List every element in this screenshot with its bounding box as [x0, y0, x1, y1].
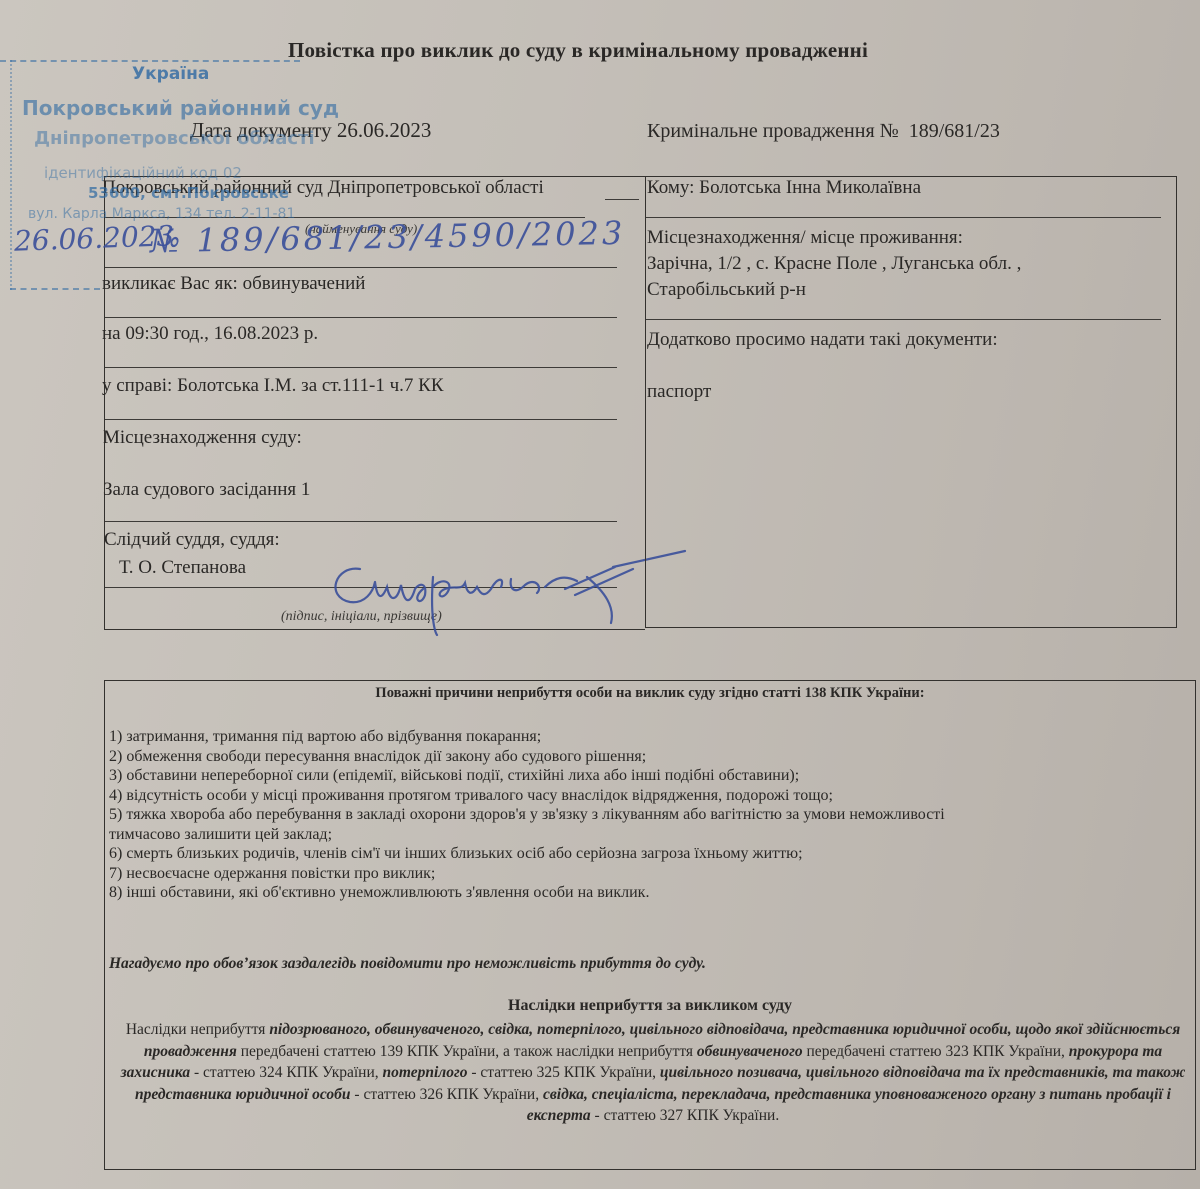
judge-signature — [315, 547, 695, 637]
text-run: - статтею 326 КПК України, — [351, 1086, 543, 1103]
case-subject: у справі: Болотська І.М. за ст.111-1 ч.7… — [102, 375, 444, 397]
divider — [646, 319, 1161, 320]
reason-item: 8) інші обставини, які об'єктивно унемож… — [109, 883, 945, 903]
divider — [646, 217, 1161, 218]
reminder-note: Нагадуємо про обов’язок заздалегідь пові… — [109, 955, 706, 973]
stamp-id-code: ідентифікаційний код 02 — [44, 164, 242, 182]
reasons-list: 1) затримання, тримання під вартою або в… — [109, 727, 945, 903]
divider — [105, 317, 617, 318]
reason-item: 7) несвоєчасне одержання повістки про ви… — [109, 864, 945, 884]
divider — [105, 419, 617, 420]
court-location-value: Зала судового засідання 1 — [103, 479, 310, 501]
document-date-value: 26.06.2023 — [337, 118, 432, 142]
judge-label: Слідчий суддя, суддя: — [104, 529, 280, 551]
court-location-label: Місцезнаходження суду: — [103, 427, 302, 449]
address-label: Місцезнаходження/ місце проживання: — [647, 227, 963, 249]
stamp-border — [10, 60, 12, 290]
reason-item: 4) відсутність особи у місці проживання … — [109, 786, 945, 806]
stamp-border — [0, 60, 300, 62]
judge-name: Т. О. Степанова — [119, 557, 246, 579]
reason-item: тимчасово залишити цей заклад; — [109, 825, 945, 845]
reason-item: 6) смерть близьких родичів, членів сім'ї… — [109, 844, 945, 864]
legal-notice-box: Поважні причини неприбуття особи на викл… — [104, 680, 1196, 1170]
divider — [105, 521, 617, 522]
text-run: - статтею 327 КПК України. — [591, 1107, 780, 1124]
text-run: - статтею 325 КПК України, — [467, 1064, 659, 1081]
emphasized-text: обвинуваченого — [697, 1043, 803, 1060]
consequences-title: Наслідки неприбуття за викликом суду — [105, 997, 1195, 1015]
divider — [605, 199, 639, 200]
documents-label: Додатково просимо надати такі документи: — [647, 329, 998, 351]
consequences-text: Наслідки неприбуття підозрюваного, обвин… — [119, 1019, 1187, 1127]
case-number: Кримінальне провадження № 189/681/23 — [647, 120, 1000, 143]
document-title: Повістка про виклик до суду в кримінальн… — [288, 38, 868, 63]
stamp-border — [10, 288, 100, 290]
documents-value: паспорт — [647, 381, 711, 403]
case-number-value: 189/681/23 — [909, 120, 1000, 142]
reason-item: 2) обмеження свободи пересування внаслід… — [109, 747, 945, 767]
reason-item: 5) тяжка хвороба або перебування в закла… — [109, 805, 945, 825]
emphasized-text: потерпілого — [383, 1064, 468, 1081]
divider — [105, 367, 617, 368]
reason-item: 3) обставини непереборної сили (епідемії… — [109, 766, 945, 786]
text-run: - статтею 324 КПК України, — [190, 1064, 382, 1081]
reason-item: 1) затримання, тримання під вартою або в… — [109, 727, 945, 747]
stamp-region: Дніпропетровської області — [34, 128, 315, 149]
address-line-1: Зарічна, 1/2 , с. Красне Поле , Луганськ… — [647, 253, 1021, 275]
recipient: Кому: Болотська Інна Миколаївна — [647, 177, 921, 199]
summoned-as: викликає Вас як: обвинувачений — [102, 273, 365, 295]
text-run: передбачені статтею 323 КПК України, — [803, 1043, 1069, 1060]
text-run: Наслідки неприбуття — [126, 1021, 270, 1038]
stamp-postal: 53600, смт.Покровське — [88, 184, 289, 202]
hearing-datetime: на 09:30 год., 16.08.2023 р. — [102, 323, 318, 345]
stamp-court: Покровський районний суд — [22, 96, 339, 120]
reasons-title: Поважні причини неприбуття особи на викл… — [105, 685, 1195, 702]
stamp-country: Україна — [132, 64, 209, 84]
text-run: передбачені статтею 139 КПК України, а т… — [237, 1043, 697, 1060]
address-line-2: Старобільський р-н — [647, 279, 806, 301]
recipient-box: Кому: Болотська Інна Миколаївна Місцезна… — [645, 176, 1177, 628]
divider — [105, 267, 617, 268]
case-number-label: Кримінальне провадження № — [647, 120, 899, 142]
